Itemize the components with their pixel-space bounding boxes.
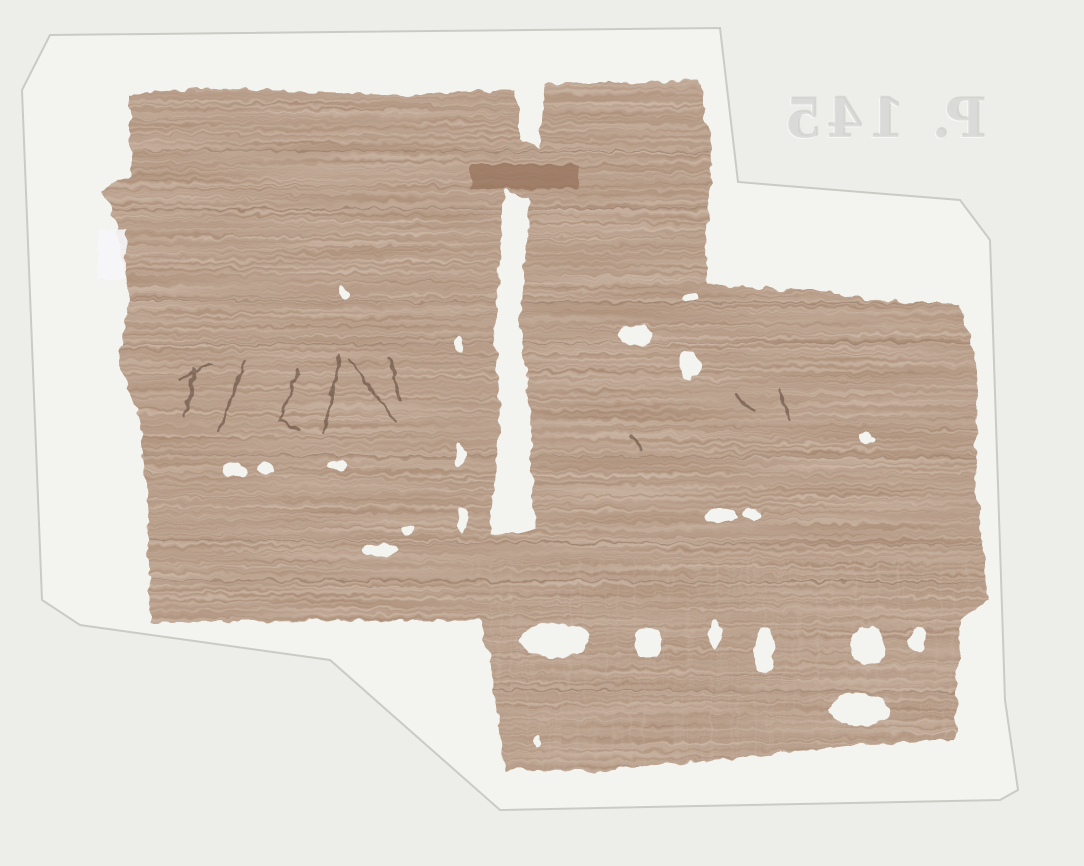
photo-stage: P. 145: [0, 0, 1084, 866]
inventory-label: P. 145: [780, 86, 986, 150]
